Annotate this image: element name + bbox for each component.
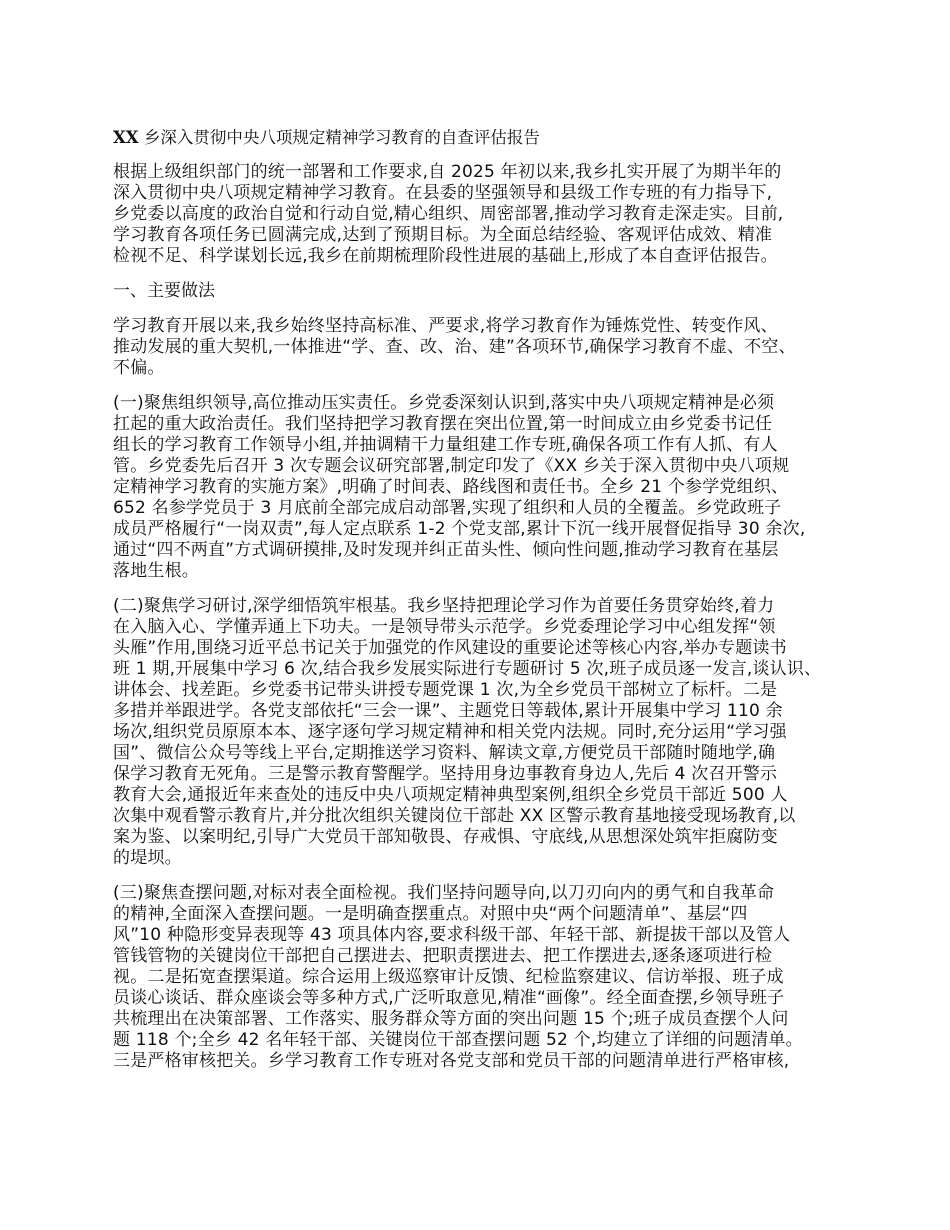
- title-text: 乡深入贯彻中央八项规定精神学习教育的自查评估报告: [139, 128, 540, 147]
- text-line: 头雁”作用,围绕习近平总书记关于加强党的作风建设的重要论述等核心内容,举办专题读…: [113, 638, 853, 659]
- title-prefix: XX: [113, 128, 139, 147]
- text-line: 根据上级组织部门的统一部署和工作要求,自 2025 年初以来,我乡扎实开展了为期…: [113, 162, 853, 183]
- text-line: 扛起的重大政治责任。我们坚持把学习教育摆在突出位置,第一时间成立由乡党委书记任: [113, 414, 853, 435]
- text-line: 推动发展的重大契机,一体推进“学、查、改、治、建”各项环节,确保学习教育不虚、不…: [113, 337, 853, 358]
- text-line: 定精神学习教育的实施方案》,明确了时间表、路线图和责任书。全乡 21 个参学党组…: [113, 477, 853, 498]
- text-line: 案为鉴、以案明纪,引导广大党员干部知敬畏、存戒惧、守底线,从思想深处筑牢拒腐防变: [113, 827, 853, 848]
- text-line: 教育大会,通报近年来查处的违反中央八项规定精神典型案例,组织全乡党员干部近 50…: [113, 785, 853, 806]
- text-line: 管。乡党委先后召开 3 次专题会议研究部署,制定印发了《XX 乡关于深入贯彻中央…: [113, 456, 853, 477]
- text-line: 风”10 种隐形变异表现等 43 项具体内容,要求科级干部、年轻干部、新提拔干部…: [113, 925, 853, 946]
- text-line: 国”、微信公众号等线上平台,定期推送学习资料、解读文章,方便党员干部随时随地学,…: [113, 743, 853, 764]
- text-line: 三是严格审核把关。乡学习教育工作专班对各党支部和党员干部的问题清单进行严格审核,: [113, 1051, 853, 1072]
- text-line: 在入脑入心、学懂弄通上下功夫。一是领导带头示范学。乡党委理论学习中心组发挥“领: [113, 617, 853, 638]
- text-line: 次集中观看警示教育片,并分批次组织关键岗位干部赴 XX 区警示教育基地接受现场教…: [113, 806, 853, 827]
- text-line: 视。二是拓宽查摆渠道。综合运用上级巡察审计反馈、纪检监察建议、信访举报、班子成: [113, 967, 853, 988]
- text-line: (一)聚焦组织领导,高位推动压实责任。乡党委深刻认识到,落实中央八项规定精神是必…: [113, 393, 853, 414]
- text-line: 不偏。: [113, 358, 853, 379]
- text-line: 学习教育各项任务已圆满完成,达到了预期目标。为全面总结经验、客观评估成效、精准: [113, 225, 853, 246]
- item-2-paragraph: (二)聚焦学习研讨,深学细悟筑牢根基。我乡坚持把理论学习作为首要任务贯穿始终,着…: [113, 596, 853, 869]
- item-1-paragraph: (一)聚焦组织领导,高位推动压实责任。乡党委深刻认识到,落实中央八项规定精神是必…: [113, 393, 853, 582]
- text-line: 深入贯彻中央八项规定精神学习教育。在县委的坚强领导和县级工作专班的有力指导下,: [113, 183, 853, 204]
- text-line: 讲体会、找差距。乡党委书记带头讲授专题党课 1 次,为全乡党员干部树立了标杆。二…: [113, 680, 853, 701]
- text-line: 组长的学习教育工作领导小组,并抽调精干力量组建工作专班,确保各项工作有人抓、有人: [113, 435, 853, 456]
- text-line: 题 118 个;全乡 42 名年轻干部、关键岗位干部查摆问题 52 个,均建立了…: [113, 1030, 853, 1051]
- text-line: 员谈心谈话、群众座谈会等多种方式,广泛听取意见,精准“画像”。经全面查摆,乡领导…: [113, 988, 853, 1009]
- text-line: 检视不足、科学谋划长远,我乡在前期梳理阶段性进展的基础上,形成了本自查评估报告。: [113, 246, 853, 267]
- text-line: (二)聚焦学习研讨,深学细悟筑牢根基。我乡坚持把理论学习作为首要任务贯穿始终,着…: [113, 596, 853, 617]
- text-line: 班 1 期,开展集中学习 6 次,结合我乡发展实际进行专题研讨 5 次,班子成员…: [113, 659, 853, 680]
- text-line: 保学习教育无死角。三是警示教育警醒学。坚持用身边事教育身边人,先后 4 次召开警…: [113, 764, 853, 785]
- text-line: 乡党委以高度的政治自觉和行动自觉,精心组织、周密部署,推动学习教育走深走实。目前…: [113, 204, 853, 225]
- text-line: 的精神,全面深入查摆问题。一是明确查摆重点。对照中央“两个问题清单”、基层“四: [113, 904, 853, 925]
- item-3-paragraph: (三)聚焦查摆问题,对标对表全面检视。我们坚持问题导向,以刀刃向内的勇气和自我革…: [113, 883, 853, 1072]
- document-title: XX 乡深入贯彻中央八项规定精神学习教育的自查评估报告: [113, 127, 853, 149]
- text-line: 共梳理出在决策部署、工作落实、服务群众等方面的突出问题 15 个;班子成员查摆个…: [113, 1009, 853, 1030]
- text-line: 多措并举跟进学。各党支部依托“三会一课”、主题党日等载体,累计开展集中学习 11…: [113, 701, 853, 722]
- section-intro-paragraph: 学习教育开展以来,我乡始终坚持高标准、严要求,将学习教育作为锤炼党性、转变作风、…: [113, 316, 853, 379]
- document-page: XX 乡深入贯彻中央八项规定精神学习教育的自查评估报告 根据上级组织部门的统一部…: [113, 127, 853, 1086]
- text-line: 成员严格履行“一岗双责”,每人定点联系 1-2 个党支部,累计下沉一线开展督促指…: [113, 519, 853, 540]
- text-line: 通过“四不两直”方式调研摸排,及时发现并纠正苗头性、倾向性问题,推动学习教育在基…: [113, 540, 853, 561]
- text-line: 落地生根。: [113, 561, 853, 582]
- text-line: 场次,组织党员原原本本、逐字逐句学习规定精神和相关党内法规。同时,充分运用“学习…: [113, 722, 853, 743]
- text-line: 的堤坝。: [113, 848, 853, 869]
- text-line: 学习教育开展以来,我乡始终坚持高标准、严要求,将学习教育作为锤炼党性、转变作风、: [113, 316, 853, 337]
- text-line: 管钱管物的关键岗位干部把自己摆进去、把职责摆进去、把工作摆进去,逐条逐项进行检: [113, 946, 853, 967]
- text-line: 652 名参学党员于 3 月底前全部完成启动部署,实现了组织和人员的全覆盖。乡党…: [113, 498, 853, 519]
- section-heading-main-practices: 一、主要做法: [113, 281, 853, 302]
- text-line: (三)聚焦查摆问题,对标对表全面检视。我们坚持问题导向,以刀刃向内的勇气和自我革…: [113, 883, 853, 904]
- intro-paragraph: 根据上级组织部门的统一部署和工作要求,自 2025 年初以来,我乡扎实开展了为期…: [113, 162, 853, 267]
